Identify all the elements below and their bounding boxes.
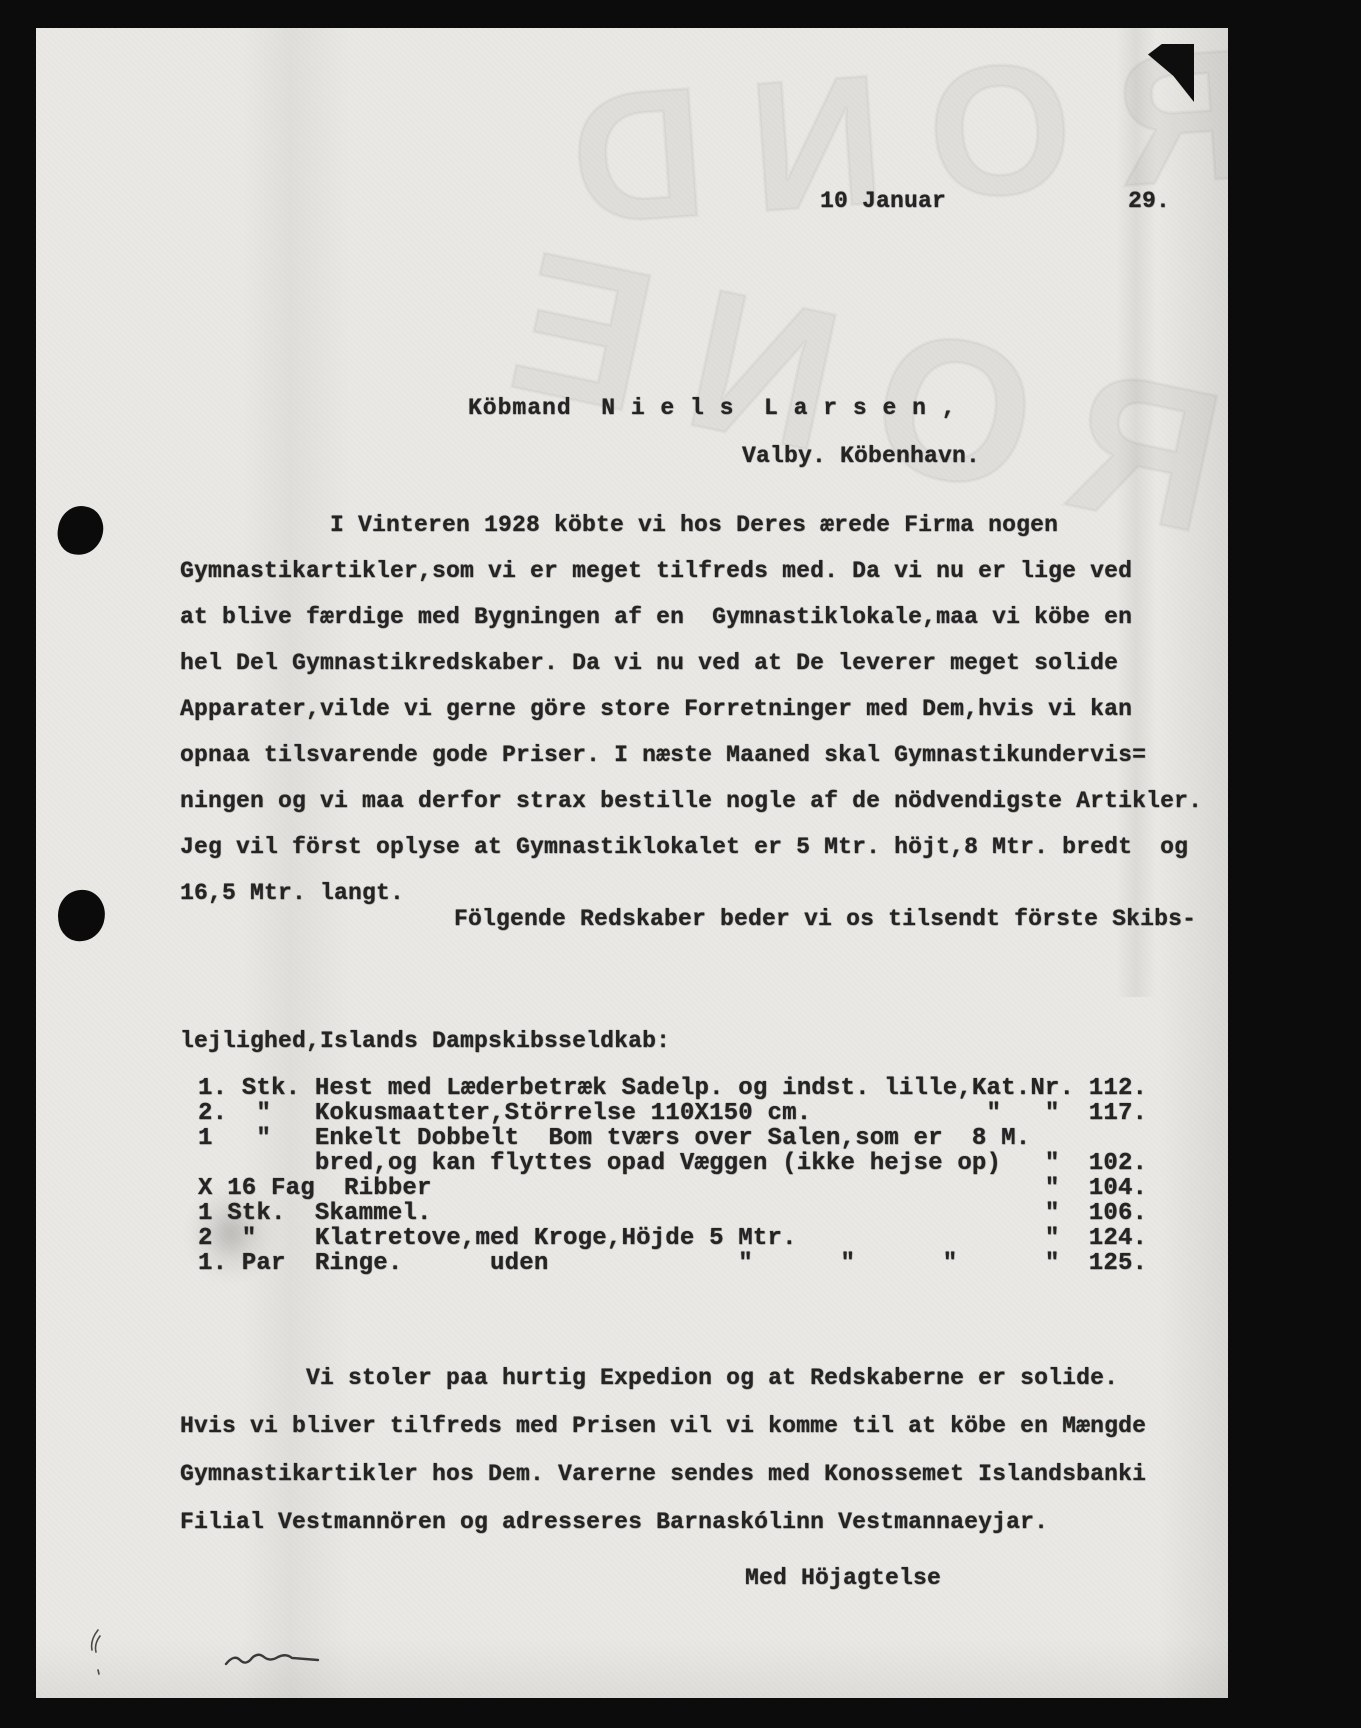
- text-line: Vi stoler paa hurtig Expedion og at Reds…: [180, 1354, 1146, 1402]
- ghost-stamp-text: ROND: [519, 28, 1228, 270]
- order-item-list: 1. Stk. Hest med Læderbetræk Sadelp. og …: [198, 1076, 1147, 1276]
- text-line: ningen og vi maa derfor strax bestille n…: [180, 778, 1202, 824]
- text-line: Gymnastikartikler,som vi er meget tilfre…: [180, 548, 1202, 594]
- recipient-line: Köbmand N i e l s L a r s e n ,: [468, 395, 956, 421]
- text-line: Filial Vestmannören og adresseres Barnas…: [180, 1498, 1146, 1546]
- closing-paragraph: Vi stoler paa hurtig Expedion og at Reds…: [180, 1354, 1146, 1546]
- text-line: Jeg vil först oplyse at Gymnastiklokalet…: [180, 824, 1202, 870]
- text-line: X 16 Fag Ribber " 104.: [198, 1176, 1147, 1201]
- text-line: I Vinteren 1928 köbte vi hos Deres ærede…: [180, 502, 1202, 548]
- text-line: at blive færdige med Bygningen af en Gym…: [180, 594, 1202, 640]
- text-line: Gymnastikartikler hos Dem. Varerne sende…: [180, 1450, 1146, 1498]
- punch-hole: [55, 503, 106, 558]
- text-line: 1 " Enkelt Dobbelt Bom tværs over Salen,…: [198, 1126, 1147, 1151]
- text-line: opnaa tilsvarende gode Priser. I næste M…: [180, 732, 1202, 778]
- text-line: Hvis vi bliver tilfreds med Prisen vil v…: [180, 1402, 1146, 1450]
- text-line: Apparater,vilde vi gerne göre store Forr…: [180, 686, 1202, 732]
- signoff-line: Med Höjagtelse: [745, 1565, 941, 1591]
- text-line: 2. " Kokusmaatter,Störrelse 110X150 cm. …: [198, 1101, 1147, 1126]
- text-line: 1 Stk. Skammel. " 106.: [198, 1201, 1147, 1226]
- scan-edge-shading-bottom: [36, 1638, 1228, 1698]
- date-line: 10 Januar 29.: [820, 188, 1170, 214]
- pen-squiggle: [222, 1640, 322, 1674]
- list-intro-line: lejlighed,Islands Dampskibsseldkab:: [180, 1028, 670, 1054]
- letter-page: ROND RONE 10 Januar 29. Köbmand N i e l …: [36, 28, 1228, 1698]
- body-paragraph: I Vinteren 1928 köbte vi hos Deres ærede…: [180, 502, 1202, 916]
- text-line: bred,og kan flyttes opad Væggen (ikke he…: [198, 1151, 1147, 1176]
- foelgende-line: Fölgende Redskaber beder vi os tilsendt …: [454, 906, 1196, 932]
- text-line: 1. Stk. Hest med Læderbetræk Sadelp. og …: [198, 1076, 1147, 1101]
- punch-hole: [55, 888, 107, 944]
- page-corner-fold: [1148, 44, 1194, 102]
- text-line: hel Del Gymnastikredskaber. Da vi nu ved…: [180, 640, 1202, 686]
- text-line: 1. Par Ringe. uden " " " " 125.: [198, 1251, 1147, 1276]
- text-line: 2 " Klatretove,med Kroge,Höjde 5 Mtr. " …: [198, 1226, 1147, 1251]
- address-line: Valby. Köbenhavn.: [742, 443, 980, 469]
- pen-mark: [78, 1624, 112, 1676]
